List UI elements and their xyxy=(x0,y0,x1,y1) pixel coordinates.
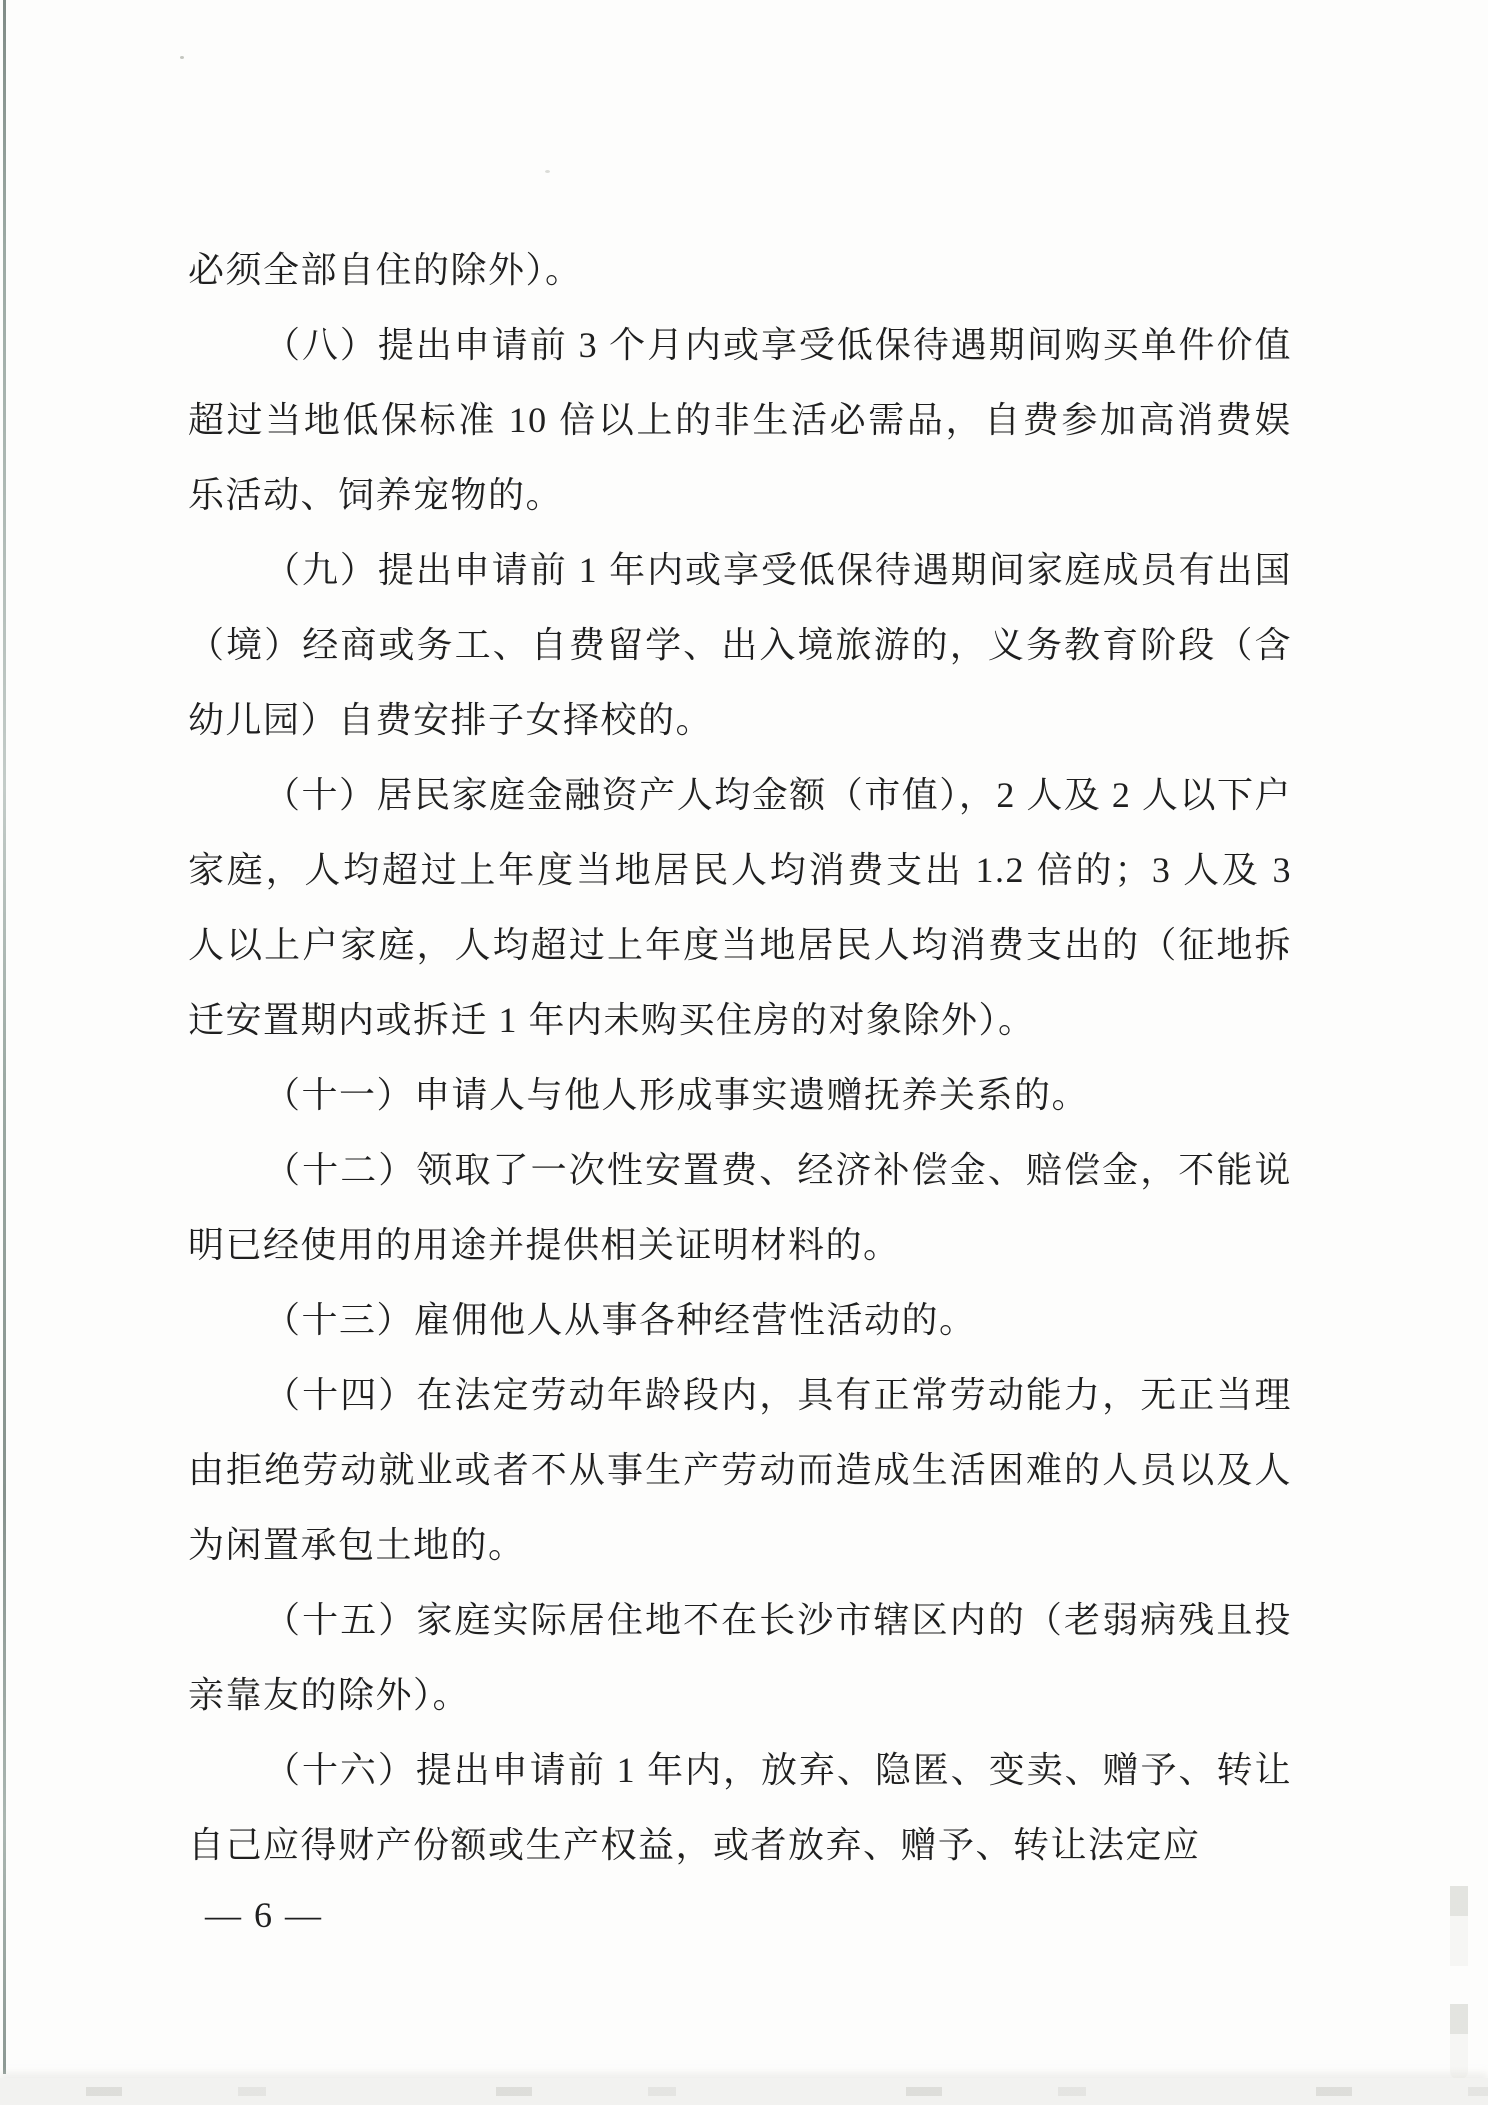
document-paragraph: （十五）家庭实际居住地不在长沙市辖区内的（老弱病残且投亲靠友的除外）。 xyxy=(188,1583,1292,1733)
document-paragraph: （九）提出申请前 1 年内或享受低保待遇期间家庭成员有出国（境）经商或务工、自费… xyxy=(188,533,1292,758)
document-paragraph: （十）居民家庭金融资产人均金额（市值），2 人及 2 人以下户家庭，人均超过上年… xyxy=(188,758,1292,1058)
scanned-document-page: 必须全部自住的除外）。（八）提出申请前 3 个月内或享受低保待遇期间购买单件价值… xyxy=(0,0,1488,2105)
scan-left-edge-line xyxy=(3,0,6,2074)
scan-right-smudge xyxy=(1450,1848,1468,2080)
scan-bottom-edge xyxy=(0,2078,1488,2105)
document-body: 必须全部自住的除外）。（八）提出申请前 3 个月内或享受低保待遇期间购买单件价值… xyxy=(188,233,1292,1883)
document-paragraph: （十四）在法定劳动年龄段内，具有正常劳动能力，无正当理由拒绝劳动就业或者不从事生… xyxy=(188,1358,1292,1583)
document-paragraph: （十六）提出申请前 1 年内，放弃、隐匿、变卖、赠予、转让自己应得财产份额或生产… xyxy=(188,1733,1292,1883)
document-paragraph: （十三）雇佣他人从事各种经营性活动的。 xyxy=(188,1283,1292,1358)
document-paragraph: （八）提出申请前 3 个月内或享受低保待遇期间购买单件价值超过当地低保标准 10… xyxy=(188,308,1292,533)
page-number: — 6 — xyxy=(205,1893,323,1937)
scan-speck xyxy=(545,170,550,173)
scan-speck xyxy=(180,56,184,59)
document-paragraph: 必须全部自住的除外）。 xyxy=(188,233,1292,308)
document-paragraph: （十一）申请人与他人形成事实遗赠抚养关系的。 xyxy=(188,1058,1292,1133)
document-paragraph: （十二）领取了一次性安置费、经济补偿金、赔偿金，不能说明已经使用的用途并提供相关… xyxy=(188,1133,1292,1283)
